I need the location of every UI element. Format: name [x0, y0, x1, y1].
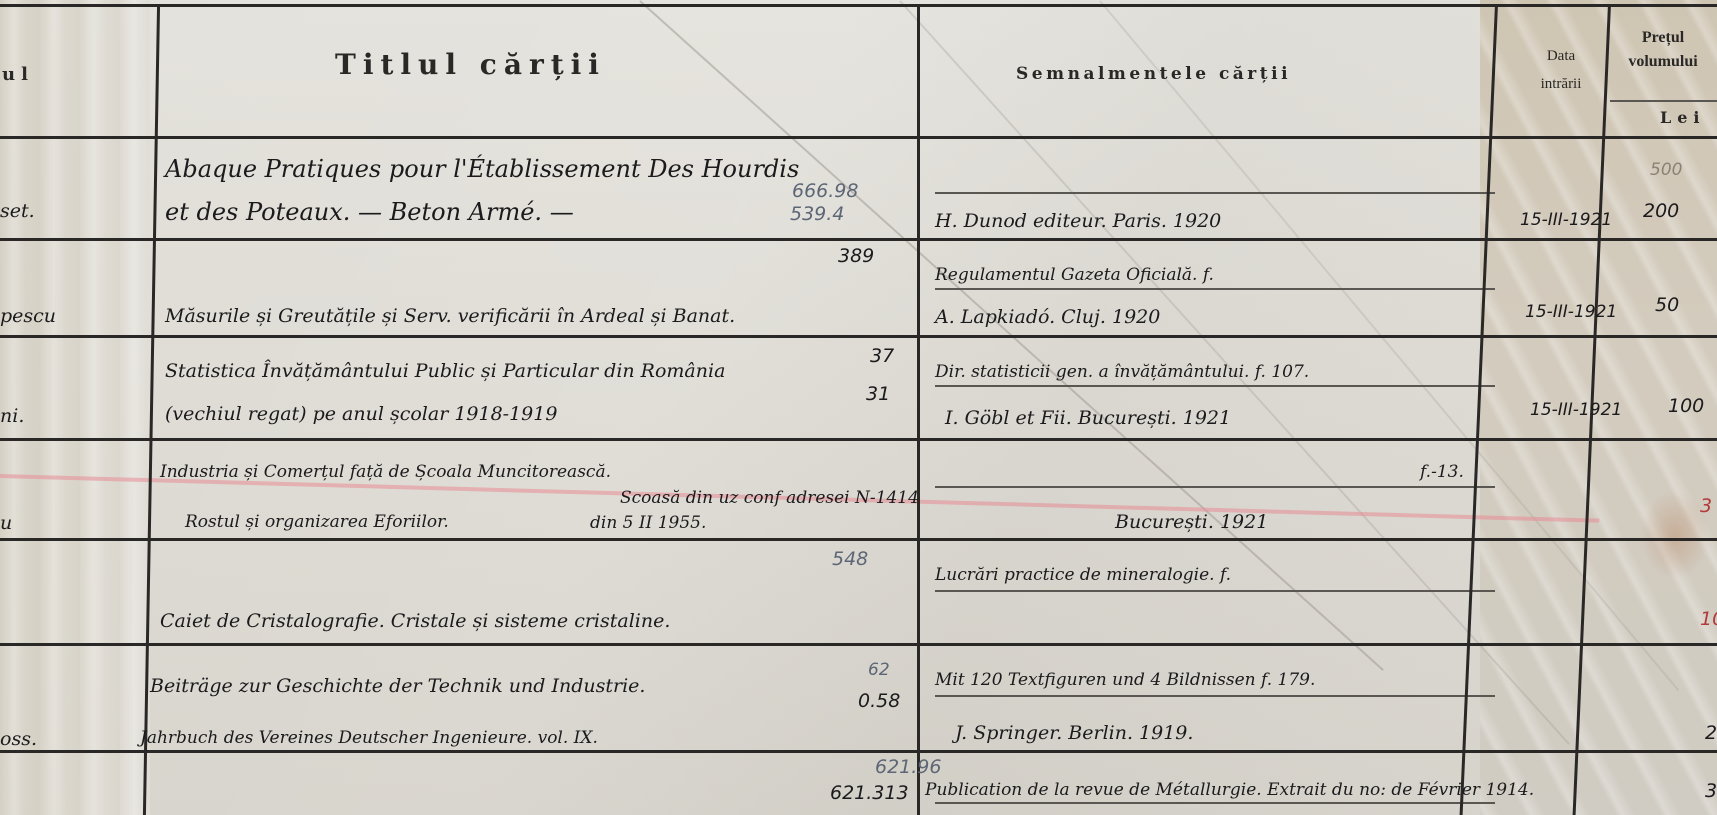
header-author-partial: ul [2, 64, 34, 85]
grid-subline [935, 486, 1495, 488]
entry-author: ni. [0, 405, 24, 427]
grid-subline [935, 192, 1495, 194]
header-entry-date-line1: Data [1516, 42, 1606, 70]
entry-price: 2 [1705, 722, 1717, 744]
header-price-line1: Prețul [1608, 26, 1717, 50]
grid-subline [935, 695, 1495, 697]
grid-row-line [0, 538, 1717, 541]
grid-row-line [0, 335, 1717, 338]
entry-price: 10 [1700, 608, 1717, 630]
entry-signals: Lucrări practice de mineralogie. f. [935, 565, 1231, 585]
entry-price: 200 [1643, 200, 1679, 222]
entry-price: 3 [1700, 495, 1712, 517]
entry-title-line1: Beiträge zur Geschichte der Technik und … [150, 675, 645, 697]
entry-title-line2: Caiet de Cristalografie. Cristale și sis… [160, 610, 670, 632]
entry-publisher: I. Göbl et Fii. București. 1921 [945, 407, 1231, 429]
entry-publisher: A. Lapkiadó. Cluj. 1920 [935, 306, 1160, 328]
entry-classification: 539.4 [790, 203, 844, 225]
entry-publisher: J. Springer. Berlin. 1919. [955, 722, 1193, 744]
grid-row-line [0, 238, 1717, 241]
ledger-page: ul Titlul cărții Semnalmentele cărții Da… [0, 0, 1717, 815]
header-price-line2: volumului [1608, 50, 1717, 74]
entry-signals: Publication de la revue de Métallurgie. … [925, 780, 1534, 800]
header-currency: Lei [1660, 108, 1706, 127]
entry-classification: 0.58 [858, 690, 900, 712]
header-entry-date: Data intrării [1516, 42, 1606, 98]
grid-col-line [917, 4, 920, 815]
entry-classification: 621.313 [830, 782, 909, 804]
entry-title-line1: Industria și Comerțul față de Școala Mun… [160, 462, 611, 482]
entry-title-line2: Rostul și organizarea Eforiilor. [185, 512, 449, 532]
removal-annotation: Scoasă din uz conf adresei N-1414 [620, 488, 919, 508]
entry-classification: 666.98 [792, 180, 858, 202]
grid-top-line [0, 4, 1717, 7]
entry-signals: Mit 120 Textfiguren und 4 Bildnissen f. … [935, 670, 1315, 690]
header-book-title: Titlul cărții [335, 48, 606, 81]
grid-header-bottom [0, 136, 1717, 139]
entry-date: 15-III-1921 [1520, 210, 1612, 230]
grid-row-line [0, 438, 1717, 441]
entry-publisher: H. Dunod editeur. Paris. 1920 [935, 210, 1221, 232]
grid-subline [935, 590, 1495, 592]
entry-author: u [0, 512, 12, 534]
entry-price-note: 500 [1650, 160, 1682, 180]
entry-title-line1: Abaque Pratiques pour l'Établissement De… [165, 155, 799, 183]
entry-publisher: București. 1921 [1115, 511, 1268, 533]
entry-date: 15-III-1921 [1525, 302, 1617, 322]
header-book-signals: Semnalmentele cărții [1016, 64, 1291, 84]
entry-title-line2: Jahrbuch des Vereines Deutscher Ingenieu… [140, 728, 598, 748]
entry-title-line1: Statistica Învățământului Public și Part… [165, 360, 725, 382]
entry-classification: 548 [832, 548, 868, 570]
removal-annotation-date: din 5 II 1955. [590, 513, 706, 533]
grid-subline [935, 802, 1495, 804]
entry-price: 100 [1668, 395, 1704, 417]
grid-subline [935, 385, 1495, 387]
entry-price: 50 [1655, 294, 1679, 316]
entry-classification: 389 [838, 245, 874, 267]
entry-signals: Regulamentul Gazeta Oficială. f. [935, 265, 1214, 285]
entry-author: pescu [0, 305, 56, 327]
entry-classification: 62 [868, 660, 890, 680]
entry-signals: f.-13. [1420, 462, 1464, 482]
grid-row-line [0, 750, 1717, 753]
entry-date: 15-III-1921 [1530, 400, 1622, 420]
entry-title-line2: Măsurile și Greutățile și Serv. verifică… [165, 305, 735, 327]
entry-author: set. [0, 200, 35, 222]
grid-row-line [0, 643, 1717, 646]
entry-classification: 31 [866, 383, 890, 405]
entry-price: 3 [1705, 780, 1717, 802]
entry-title-line2: (vechiul regat) pe anul școlar 1918-1919 [165, 403, 557, 425]
grid-subline [935, 288, 1495, 290]
header-volume-price: Prețul volumului [1608, 26, 1717, 74]
entry-classification: 37 [870, 345, 894, 367]
grid-lei-line [1610, 100, 1717, 102]
entry-signals: Dir. statisticii gen. a învățământului. … [935, 362, 1309, 382]
header-entry-date-line2: intrării [1516, 70, 1606, 98]
entry-classification: 621.96 [875, 756, 941, 778]
entry-author: oss. [0, 728, 37, 750]
entry-title-line2: et des Poteaux. — Beton Armé. — [165, 198, 574, 226]
